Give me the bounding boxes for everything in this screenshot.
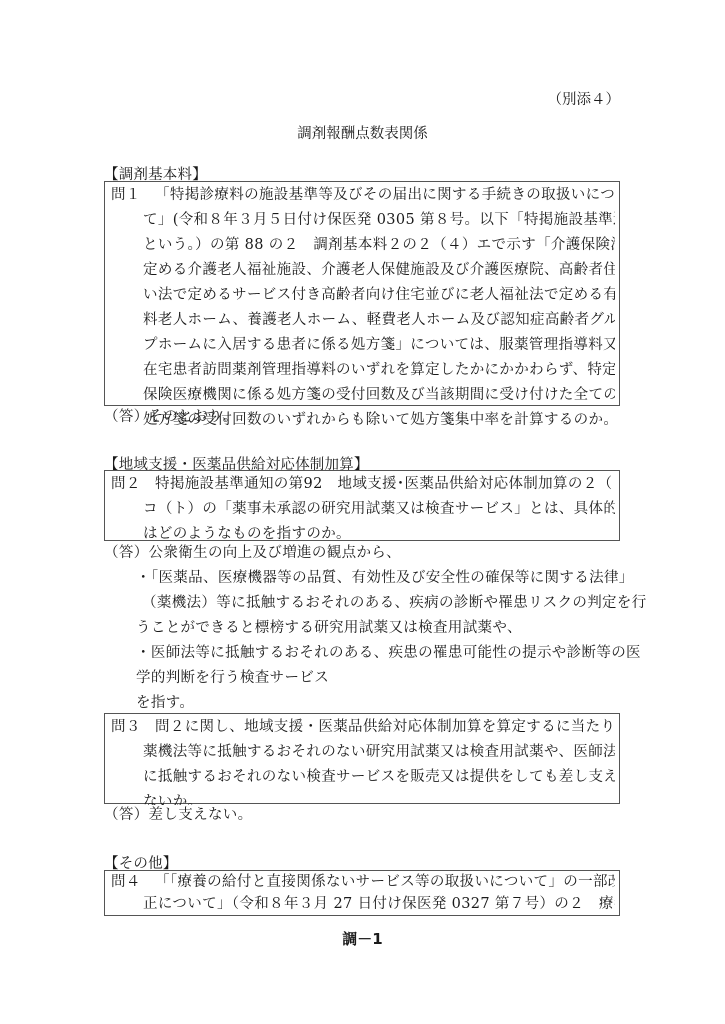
question-box-3: 問３問２に関し、地域支援・医薬品供給対応体制加算を算定するに当たり、 薬機法等に… — [104, 713, 620, 804]
attachment-label: （別添４） — [548, 88, 621, 109]
question-line: い法で定めるサービス付き高齢者向け住宅並びに老人福祉法で定める有 — [111, 283, 615, 308]
question-line: 問３問２に関し、地域支援・医薬品供給対応体制加算を算定するに当たり、 — [111, 715, 615, 740]
question-box-1: 問１「特掲診療料の施設基準等及びその届出に関する手続きの取扱いについ て」(令和… — [104, 181, 620, 406]
question-line: 問１「特掲診療料の施設基準等及びその届出に関する手続きの取扱いについ — [111, 183, 615, 208]
question-line: 正について」（令和８年３月 27 日付け保医発 0327 第７号）の２ 療養の — [111, 893, 615, 915]
page-title: 調剤報酬点数表関係 — [0, 122, 725, 143]
question-line: 定める介護老人福祉施設、介護老人保健施設及び介護医療院、高齢者住ま — [111, 258, 615, 283]
question-line: 問２特掲施設基準通知の第92 地域支援･医薬品供給対応体制加算の２（３） — [111, 472, 615, 497]
question-line: 薬機法等に抵触するおそれのない研究用試薬又は検査用試薬や、医師法等 — [111, 740, 615, 765]
question-label: 問４ — [111, 872, 155, 893]
answer-1: （答）そのとおり。 — [104, 405, 238, 430]
question-label: 問３ — [111, 715, 155, 740]
page-number: 調－1 — [0, 928, 725, 949]
answer-3: （答）差し支えない。 — [104, 803, 253, 828]
question-line: 問４「「療養の給付と直接関係ないサービス等の取扱いについて」の一部改 — [111, 872, 615, 893]
question-box-2: 問２特掲施設基準通知の第92 地域支援･医薬品供給対応体制加算の２（３） コ（ト… — [104, 470, 620, 541]
question-line: に抵触するおそれのない検査サービスを販売又は提供をしても差し支え — [111, 765, 615, 790]
answer-2: （答）公衆衛生の向上及び増進の観点から、 ・「医薬品、医療機器等の品質、有効性及… — [104, 541, 647, 716]
question-label: 問１ — [111, 183, 155, 208]
question-line: プホームに入居する患者に係る処方箋」については、服薬管理指導料又は — [111, 333, 615, 358]
question-line: て」(令和８年３月５日付け保医発 0305 第８号。以下「特掲施設基準通知」 — [111, 208, 615, 233]
question-line: はどのようなものを指すのか。 — [111, 522, 615, 542]
question-line: 料老人ホーム、養護老人ホーム、軽費老人ホーム及び認知症高齢者グルー — [111, 308, 615, 333]
question-box-4: 問４「「療養の給付と直接関係ないサービス等の取扱いについて」の一部改 正について… — [104, 870, 620, 916]
question-line: という。）の第 88 の２ 調剤基本料２の２（４）エで示す「介護保険法で — [111, 233, 615, 258]
question-label: 問２ — [111, 472, 155, 497]
question-line: コ（ト）の「薬事未承認の研究用試薬又は検査サービス」とは、具体的に — [111, 497, 615, 522]
question-line: 在宅患者訪問薬剤管理指導料のいずれを算定したかにかかわらず、特定の — [111, 358, 615, 383]
